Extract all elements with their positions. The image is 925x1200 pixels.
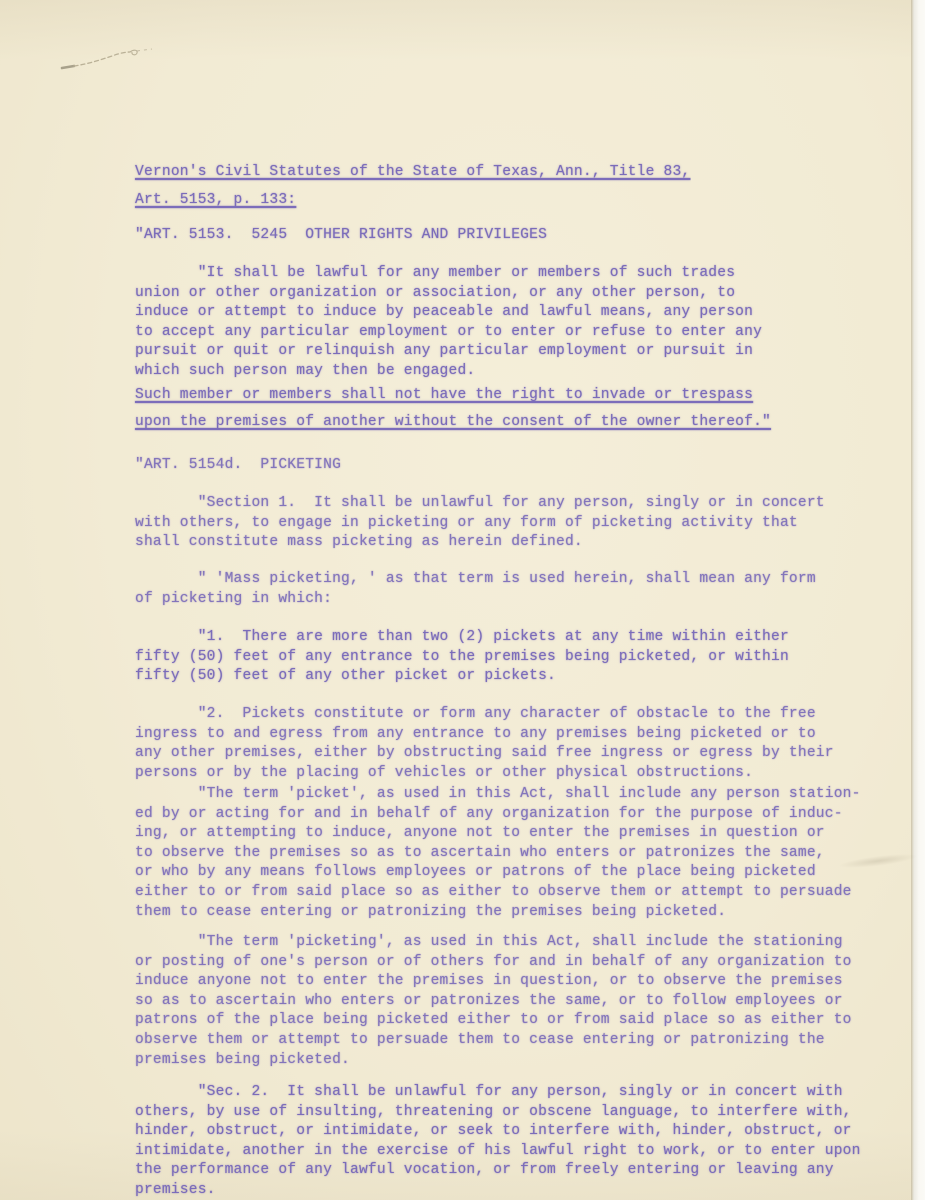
clause-1-paragraph: "1. There are more than two (2) pickets … (135, 628, 895, 687)
clause-2-paragraph: "2. Pickets constitute or form any chara… (135, 705, 895, 783)
art-5153-heading: "ART. 5153. 5245 OTHER RIGHTS AND PRIVIL… (135, 226, 895, 246)
section-2-paragraph: "Sec. 2. It shall be unlawful for any pe… (135, 1083, 895, 1200)
art-5153-underlined-clause: Such member or members shall not have th… (135, 382, 895, 436)
art-5153-body: "It shall be lawful for any member or me… (135, 264, 895, 382)
art-5154-heading: "ART. 5154d. PICKETING (135, 456, 895, 476)
mass-picketing-definition: " 'Mass picketing, ' as that term is use… (135, 570, 895, 609)
citation-line-1: Vernon's Civil Statutes of the State of … (135, 164, 690, 180)
scanner-edge-strip (911, 0, 925, 1200)
scanned-document-page: Vernon's Civil Statutes of the State of … (0, 0, 925, 1200)
citation-line-2: Art. 5153, p. 133: (135, 192, 296, 208)
pencil-scribble-mark (50, 40, 160, 90)
picketing-term-paragraph: "The term 'picketing', as used in this A… (135, 933, 895, 1070)
section-1-paragraph: "Section 1. It shall be unlawful for any… (135, 494, 895, 553)
picket-term-paragraph: "The term 'picket', as used in this Act,… (135, 785, 895, 922)
citation-heading: Vernon's Civil Statutes of the State of … (135, 158, 895, 214)
